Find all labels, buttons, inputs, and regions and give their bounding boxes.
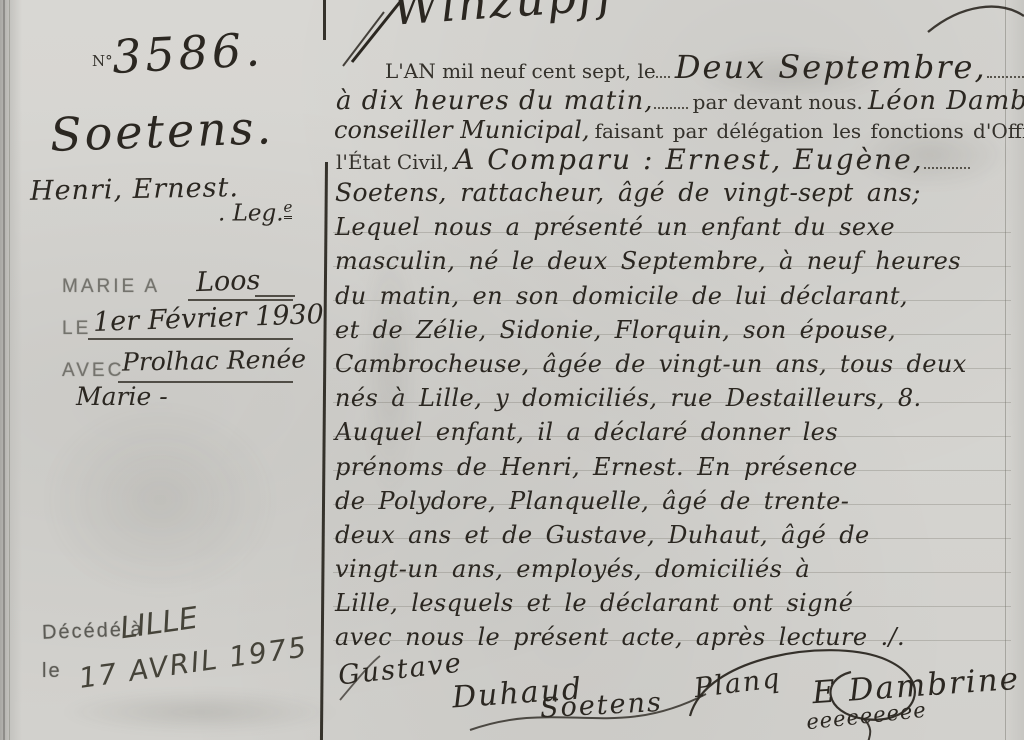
act-header-line1: L'AN mil neuf cent sept, le Deux Septemb… [385, 48, 1024, 86]
act-header-line2: à dix heures du matin, par devant nous. … [336, 86, 1024, 116]
signature-planquelle: Planq [692, 663, 783, 704]
spouse-name-line2: Marie - [76, 382, 168, 411]
body-line: vingt-un ans, employés, domiciliés à [335, 552, 1017, 586]
handwritten-appeared: A Comparu : Ernest, Eugène, [454, 143, 924, 176]
marriage-stamp-label: MARIE A [62, 276, 160, 298]
handwritten-time: à dix heures du matin, [336, 86, 654, 116]
death-place: LILLE [118, 601, 200, 647]
marriage-date: 1er Février 1930 [93, 299, 325, 338]
margin-given-names: Henri, Ernest. [30, 172, 239, 207]
fill-line [88, 338, 293, 340]
fill-dots [654, 91, 688, 109]
spine-line [3, 0, 5, 740]
handwritten-date: Deux Septembre, [675, 48, 987, 86]
body-line: deux ans et de Gustave, Duhaut, âgé de [335, 518, 1017, 552]
body-line: nés à Lille, y domiciliés, rue Destaille… [335, 381, 1017, 415]
marriage-date-label: LE [62, 318, 91, 340]
printed-civil-status: l'État Civil, [336, 150, 449, 174]
bleedthrough-smudge [40, 400, 280, 600]
record-number: 3586. [111, 22, 265, 84]
fill-line [255, 295, 295, 297]
fill-dots [987, 60, 1024, 78]
previous-act-signature: Winzupff [390, 0, 617, 36]
body-line: Lille, lesquels et le déclarant ont sign… [335, 586, 1017, 620]
signature-soetens: Soetens [539, 687, 663, 724]
margin-surname: Soetens. [49, 100, 275, 162]
body-line: Cambrocheuse, âgée de vingt-un ans, tous… [335, 347, 1017, 381]
printed-year-line: L'AN mil neuf cent sept, le [385, 59, 656, 83]
body-line: prénoms de Henri, Ernest. En présence [335, 450, 1017, 484]
marriage-with-label: AVEC [62, 360, 124, 382]
body-line: masculin, né le deux Septembre, à neuf h… [335, 244, 1017, 278]
body-line: Auquel enfant, il a déclaré donner les [335, 415, 1017, 449]
printed-before-us: par devant nous. [693, 90, 863, 114]
body-line: du matin, en son domicile de lui déclara… [335, 279, 1017, 313]
death-stamp-on: le [42, 660, 62, 683]
spouse-name-line1: Prolhac Renée [122, 344, 307, 376]
legitimacy-superscript: e [284, 198, 293, 219]
fill-dots [656, 60, 670, 78]
spine-line [9, 0, 10, 740]
body-line: Lequel nous a présenté un enfant du sexe [335, 210, 1017, 244]
record-number-label: N° [92, 52, 113, 70]
body-line: Soetens, rattacheur, âgé de vingt-sept a… [335, 176, 1017, 210]
marriage-place: Loos [195, 265, 260, 298]
column-divider-stub [323, 0, 326, 40]
act-body-text: Soetens, rattacheur, âgé de vingt-sept a… [335, 176, 1017, 655]
act-header-line4: l'État Civil, A Comparu : Ernest, Eugène… [336, 143, 970, 176]
printed-delegation: faisant par délégation les fonctions d'O… [595, 119, 1024, 143]
officer-title: conseiller Municipal, [334, 116, 589, 144]
bleedthrough-smudge [60, 690, 340, 734]
act-header-line3: conseiller Municipal, faisant par déléga… [334, 116, 1024, 144]
body-line: et de Zélie, Sidonie, Florquin, son épou… [335, 313, 1017, 347]
legitimacy-text: . Leg. [218, 201, 284, 227]
legitimacy-annotation: . Leg.e [218, 198, 292, 227]
body-line: de Polydore, Planquelle, âgé de trente- [335, 484, 1017, 518]
fill-dots [924, 151, 970, 169]
officer-name: Léon Dambrine, [868, 86, 1024, 116]
column-divider-rule [320, 162, 328, 740]
register-page: N° 3586. Soetens. Henri, Ernest. . Leg.e… [0, 0, 1024, 740]
